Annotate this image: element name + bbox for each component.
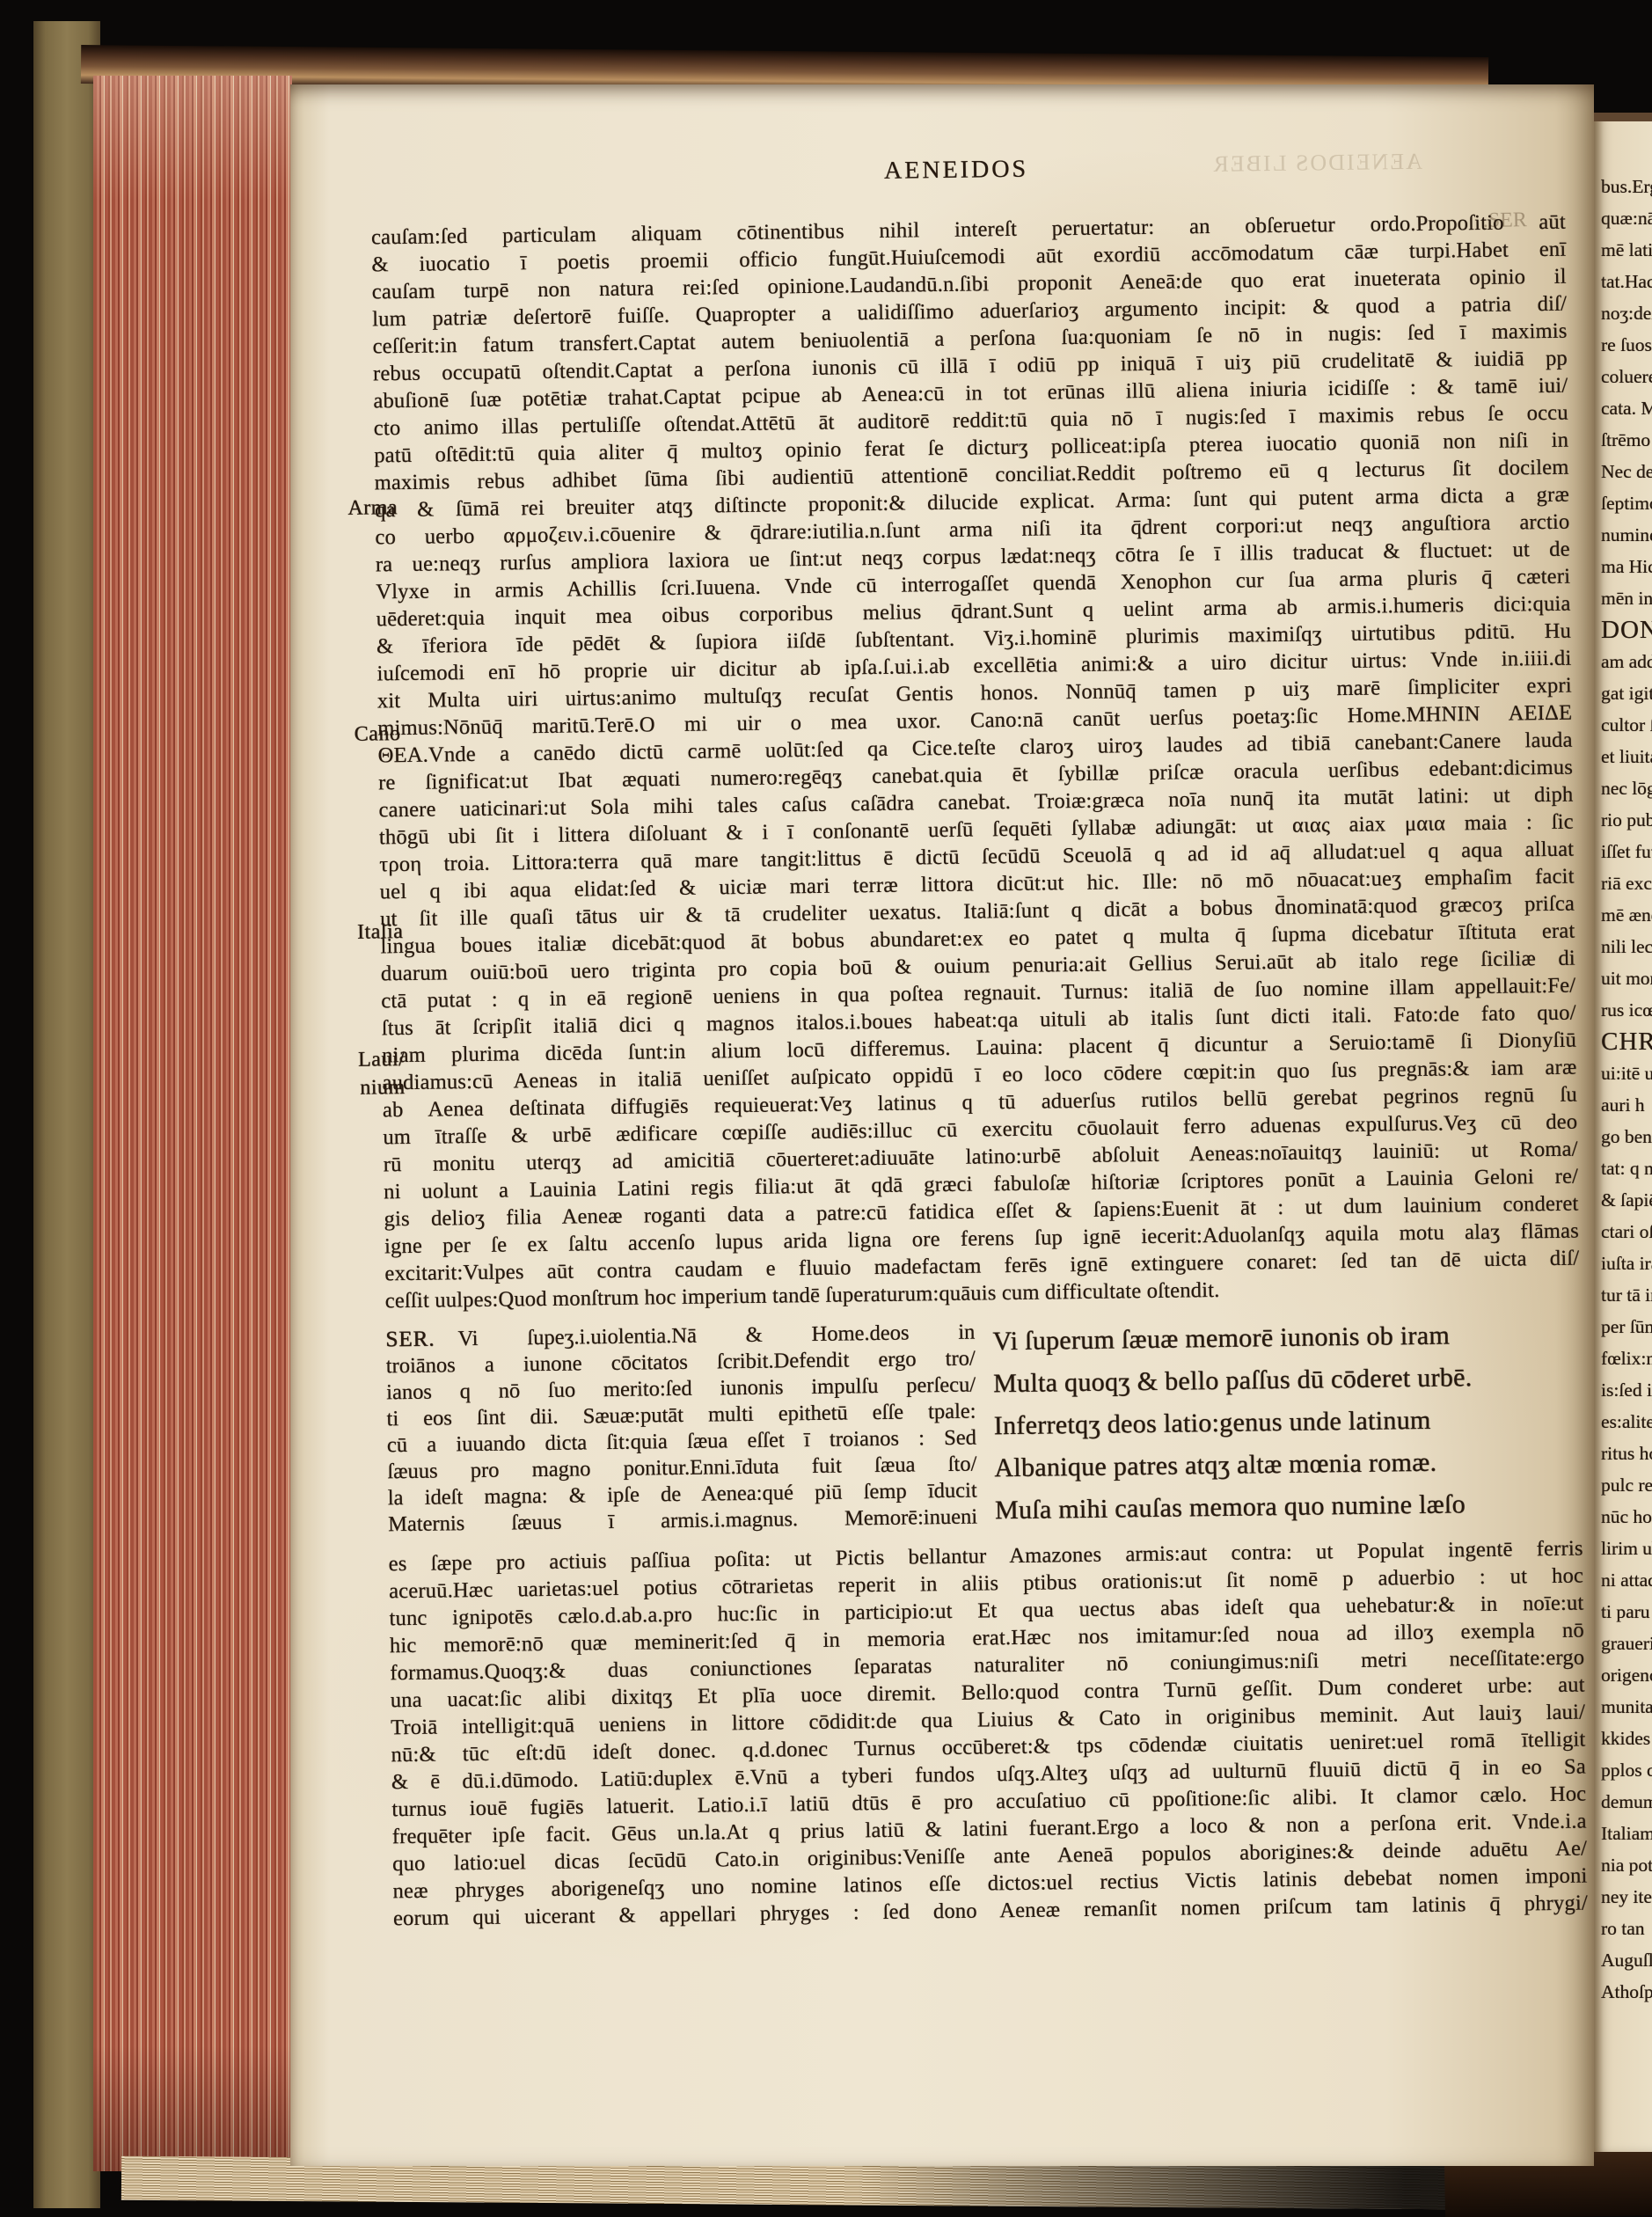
facing-page-fragment: tat.Hac a Tu	[1601, 266, 1652, 297]
facing-page-fragment: & ſapiēt	[1601, 1184, 1652, 1216]
facing-page-fragment: nia pot	[1601, 1849, 1652, 1881]
facing-page-fragment: fœlix:noſtr	[1601, 1343, 1652, 1374]
facing-page-fragment: iuſta ira c	[1601, 1248, 1652, 1279]
facing-page-fragment: pplos q	[1601, 1754, 1652, 1786]
facing-page-fragment: ritus ho	[1601, 1438, 1652, 1469]
facing-page-fragment: DONA.	[1601, 614, 1652, 646]
facing-page-fragment: ui:itē u	[1601, 1057, 1652, 1089]
facing-page-fragment: mē æneā	[1601, 899, 1652, 931]
facing-page-fragment: numine ideſ	[1601, 519, 1652, 551]
facing-page-fragment: et liuitæ i	[1601, 741, 1652, 772]
facing-page-fragment: es:aliter:Sal	[1601, 1406, 1652, 1438]
servius-commentary-column: SER.Vi ſupeʒ.i.uiolentia.Nā & Home.deos …	[385, 1320, 977, 1539]
lower-commentary-block: es ſæpe pro actiuis paſſiua poſita: ut P…	[389, 1535, 1589, 1933]
facing-page-fragment: CHR	[1601, 1026, 1652, 1057]
facing-page-fragment: kkides d	[1601, 1723, 1652, 1754]
facing-page-fragment: nili lecto	[1601, 931, 1652, 962]
facing-page-fragment: nec lōga di	[1601, 772, 1652, 804]
facing-page-fragment: uit mort	[1601, 962, 1652, 994]
facing-page-fragment: mēn in ea la	[1601, 582, 1652, 614]
facing-page-fragment: munita	[1601, 1691, 1652, 1723]
facing-page-fragment: pulc remo	[1601, 1469, 1652, 1501]
verse-line: Albanique patres atqʒ altæ mœnia romæ.	[994, 1440, 1583, 1490]
ser-abbreviation: SER.	[385, 1327, 457, 1351]
facing-page-fragment: mē latinū.	[1601, 234, 1652, 266]
facing-page-fragment: quæ:nā iniq	[1601, 202, 1652, 234]
facing-page-fragment: noʒ:deinde	[1601, 297, 1652, 329]
red-stained-fore-edge	[93, 76, 292, 2171]
facing-page-fragment: coluere ſacʒ	[1601, 361, 1652, 392]
facing-page-fragment: rus icœ	[1601, 994, 1652, 1026]
facing-page-fragment: per ſūmā ir	[1601, 1311, 1652, 1343]
facing-page-fragment: nūc hos	[1601, 1501, 1652, 1533]
facing-page-fragment: re ſuos:nunc	[1601, 329, 1652, 361]
facing-page-fragment: gat igit ænd	[1601, 677, 1652, 709]
facing-page-fragment: tat: q n	[1601, 1152, 1652, 1184]
facing-page-fragment: ney ites	[1601, 1881, 1652, 1913]
page-content: AENEIDOS AENEIDOS LIBER .SER Arma Cano I…	[290, 84, 1594, 2166]
aeneid-verse-column: Vi ſuperum ſæuæ memorē iunonis ob iramMu…	[992, 1313, 1583, 1533]
photograph-of-open-book: AENEIDOS AENEIDOS LIBER .SER Arma Cano I…	[0, 0, 1652, 2217]
facing-page-fragment: iſſet futuʒ	[1601, 836, 1652, 867]
facing-page-fragment: grauerit	[1601, 1628, 1652, 1659]
facing-page-fragment: ro tan	[1601, 1913, 1652, 1944]
facing-page-fragment: riā excitau	[1601, 867, 1652, 899]
facing-page-fragment: origeno	[1601, 1659, 1652, 1691]
facing-page-fragment: auri h	[1601, 1089, 1652, 1121]
facing-page-fragment: tur tā iniqʒ	[1601, 1279, 1652, 1311]
verse-line: Multa quoqʒ & bello paſſus dū cōderet ur…	[993, 1356, 1582, 1406]
facing-page-fragment: rio publico	[1601, 804, 1652, 836]
facing-page-fragment: ti paru	[1601, 1596, 1652, 1628]
facing-page-fragment: go ben	[1601, 1121, 1652, 1152]
facing-page-fragment: ſeptimo quo	[1601, 487, 1652, 519]
verse-line: Vi ſuperum ſæuæ memorē iunonis ob iram	[992, 1313, 1581, 1364]
facing-page-fragment: is:ſed ipſi a	[1601, 1374, 1652, 1406]
showthrough-header-ghost: AENEIDOS LIBER	[1053, 149, 1422, 179]
commentary-lines: troiānos a iunone cōcitatos ſcribit.Defe…	[386, 1346, 978, 1539]
facing-page-fragment: Italiam	[1601, 1818, 1652, 1849]
verse-line: Inferretqʒ deos latio:genus unde latinum	[993, 1398, 1582, 1448]
facing-page-text-fragments: bus.Ergo daquæ:nā iniqmē latinū.tat.Hac …	[1601, 171, 1652, 2008]
verso-page: AENEIDOS AENEIDOS LIBER .SER Arma Cano I…	[290, 84, 1594, 2166]
main-commentary-block: cauſam:ſed particulam aliquam cōtinentib…	[371, 209, 1580, 1315]
facing-page-fragment: ctari oſtē	[1601, 1216, 1652, 1248]
facing-page-fragment: Nec deus int	[1601, 456, 1652, 487]
facing-page-fragment: cultor ſit:o	[1601, 709, 1652, 741]
verse-line: Muſa mihi cauſas memora quo numine læſo	[995, 1482, 1583, 1533]
facing-page-fragment: ma Hic cur	[1601, 551, 1652, 582]
book-cover-board-edge	[33, 21, 100, 2208]
two-column-section: SER.Vi ſupeʒ.i.uiolentia.Nā & Home.deos …	[385, 1312, 1583, 1549]
facing-page-fragment: cata. Muſa:	[1601, 392, 1652, 424]
facing-page-sliver: bus.Ergo daquæ:nā iniqmē latinū.tat.Hac …	[1594, 113, 1652, 2152]
facing-page-fragment: Auguſl	[1601, 1944, 1652, 1976]
facing-page-fragment: lirim ub	[1601, 1533, 1652, 1564]
facing-page-fragment: ſtrēmo iuoca	[1601, 424, 1652, 456]
facing-page-fragment: bus.Ergo da	[1601, 171, 1652, 202]
facing-page-fragment: am addit. S	[1601, 646, 1652, 677]
facing-page-fragment: Athoſphi	[1601, 1976, 1652, 2008]
facing-page-fragment: ni attad	[1601, 1564, 1652, 1596]
facing-page-fragment: demum	[1601, 1786, 1652, 1818]
